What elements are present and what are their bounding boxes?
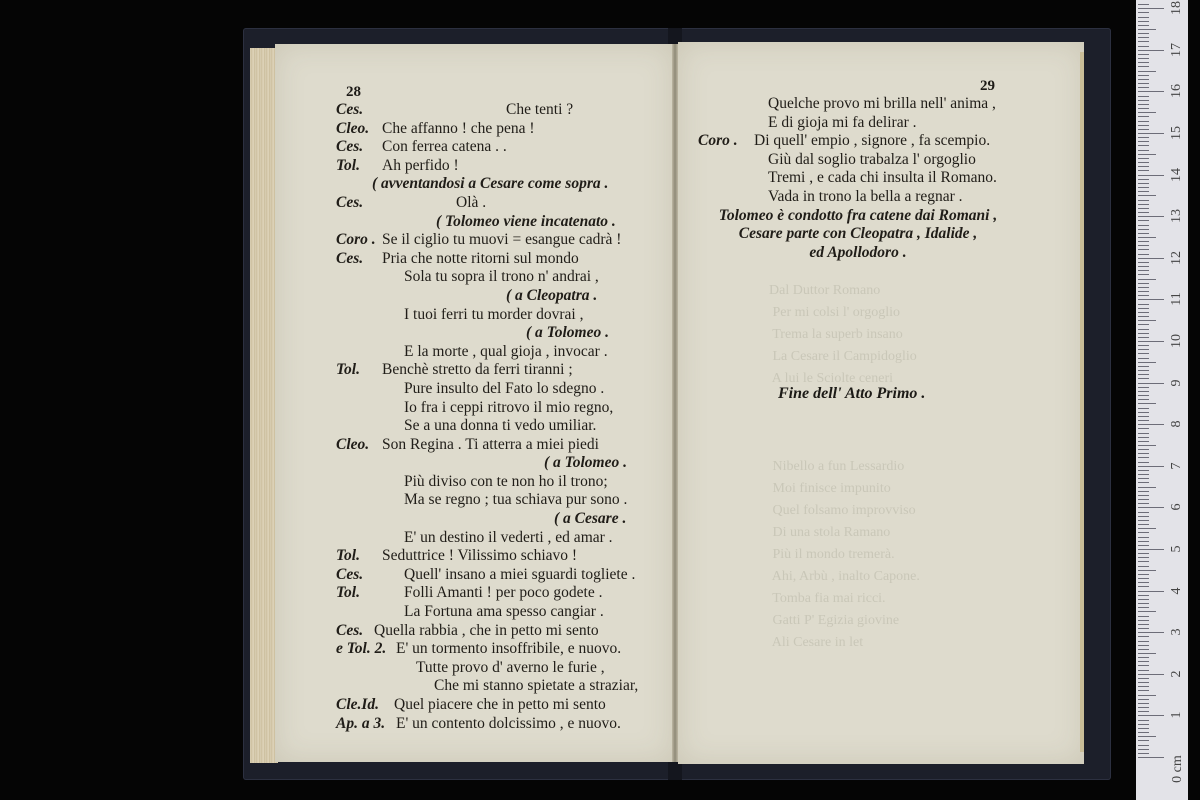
- stage-direction-line: Cesare parte con Cleopatra , Idalide ,: [698, 225, 1018, 244]
- ruler-tick: [1138, 582, 1149, 583]
- ruler-tick: [1138, 358, 1149, 359]
- ruler-tick: [1138, 724, 1149, 725]
- ruler-tick: [1138, 349, 1149, 350]
- speaker-label: Cleo.: [336, 436, 369, 455]
- speaker-label: Ces.: [336, 566, 363, 585]
- ruler-tick: [1138, 133, 1164, 134]
- verse-line: Ma se regno ; tua schiava pur sono .: [336, 491, 666, 510]
- ruler-tick: [1138, 462, 1149, 463]
- ruler-tick: [1138, 570, 1156, 571]
- stage-direction: ( Tolomeo viene incatenato .: [336, 213, 666, 232]
- verse-text: Son Regina . Ti atterra a miei piedi: [382, 436, 599, 455]
- ruler-label: 15: [1169, 122, 1185, 144]
- ruler-tick: [1138, 499, 1149, 500]
- ruler-tick: [1138, 233, 1149, 234]
- speaker-label: Tol.: [336, 584, 360, 603]
- verse-line: Io fra i ceppi ritrovo il mio regno,: [336, 399, 666, 418]
- verse-text: Quell' insano a miei sguardi togliete .: [404, 566, 635, 585]
- ruler-tick: [1138, 412, 1149, 413]
- ruler-tick: [1138, 665, 1149, 666]
- stage-direction-line: ed Apollodoro .: [698, 244, 1018, 263]
- ruler-tick: [1138, 507, 1164, 508]
- ruler-tick: [1138, 353, 1149, 354]
- verse-text: Che affanno ! che pena !: [382, 120, 535, 139]
- ruler-tick: [1138, 8, 1164, 9]
- ruler-tick: [1138, 262, 1149, 263]
- ruler-tick: [1138, 736, 1156, 737]
- ruler-tick: [1138, 657, 1149, 658]
- stage-direction-text: ( a Cleopatra .: [506, 287, 597, 306]
- ruler-tick: [1138, 175, 1164, 176]
- ruler-tick: [1138, 528, 1156, 529]
- stage-direction: ( a Cesare .: [336, 510, 666, 529]
- verse-text: Più diviso con te non ho il trono;: [404, 473, 608, 492]
- ruler-tick: [1138, 566, 1149, 567]
- verse-line: Vada in trono la bella a regnar .: [698, 188, 1028, 207]
- ruler-tick: [1138, 433, 1149, 434]
- ruler-tick: [1138, 25, 1149, 26]
- ruler-tick: [1138, 87, 1149, 88]
- ruler-tick: [1138, 649, 1149, 650]
- ruler-tick: [1138, 720, 1149, 721]
- ruler-tick: [1138, 283, 1149, 284]
- ruler-tick: [1138, 374, 1149, 375]
- ruler-tick: [1138, 524, 1149, 525]
- verse-text: Io fra i ceppi ritrovo il mio regno,: [404, 399, 613, 418]
- verse-text: Pure insulto del Fato lo sdegno .: [404, 380, 604, 399]
- ruler-tick: [1138, 304, 1149, 305]
- ruler-tick: [1138, 145, 1149, 146]
- ruler-tick: [1138, 416, 1149, 417]
- ruler-tick: [1138, 595, 1149, 596]
- ruler-tick: [1138, 121, 1149, 122]
- verse-text: Se il ciglio tu muovi = esangue cadrà !: [382, 231, 621, 250]
- right-page-text: Quelche provo mi brilla nell' anima , E …: [698, 95, 1028, 262]
- verse-text: Tremi , e cada chi insulta il Romano.: [768, 169, 997, 188]
- ruler-tick: [1138, 129, 1149, 130]
- ruler-tick: [1138, 279, 1156, 280]
- ruler-tick: [1138, 424, 1164, 425]
- verse-line: Tol.Benchè stretto da ferri tiranni ;: [336, 361, 666, 380]
- verse-line: La Fortuna ama spesso cangiar .: [336, 603, 666, 622]
- ruler-tick: [1138, 137, 1149, 138]
- verse-text: Ah perfido !: [382, 157, 459, 176]
- page-number-right: 29: [980, 78, 995, 95]
- verse-line: Cleo.Che affanno ! che pena !: [336, 120, 666, 139]
- ruler-label: 18: [1169, 0, 1185, 19]
- verse-text: Di quell' empio , signore , fa scempio.: [754, 132, 990, 151]
- verse-line: I tuoi ferri tu morder dovrai ,: [336, 306, 666, 325]
- ruler-tick: [1138, 520, 1149, 521]
- verse-line: Ces.Quell' insano a miei sguardi togliet…: [336, 566, 666, 585]
- verse-line: Quelche provo mi brilla nell' anima ,: [698, 95, 1028, 114]
- ruler-tick: [1138, 678, 1149, 679]
- verse-line: Se a una donna ti vedo umiliar.: [336, 417, 666, 436]
- ruler-tick: [1138, 611, 1156, 612]
- page-number-left: 28: [346, 84, 361, 101]
- ruler-tick: [1138, 154, 1156, 155]
- stage-direction-text: ( avventandosi a Cesare come sopra .: [372, 175, 608, 194]
- verse-line: Ap. a 3.E' un contento dolcissimo , e nu…: [336, 715, 666, 734]
- ruler-tick: [1138, 216, 1164, 217]
- verse-line: Pure insulto del Fato lo sdegno .: [336, 380, 666, 399]
- verse-line: Ces.Quella rabbia , che in petto mi sent…: [336, 622, 666, 641]
- ruler-tick: [1138, 537, 1149, 538]
- speaker-label: Ap. a 3.: [336, 715, 385, 734]
- stage-direction-text: ( a Tolomeo .: [526, 324, 609, 343]
- verse-text: Quella rabbia , che in petto mi sento: [374, 622, 599, 641]
- ruler-tick: [1138, 715, 1164, 716]
- ruler-tick: [1138, 599, 1149, 600]
- ruler-label: 6: [1169, 496, 1185, 518]
- ruler-tick: [1138, 512, 1149, 513]
- verse-line: E di gioja mi fa delirar .: [698, 114, 1028, 133]
- ruler-tick: [1138, 200, 1149, 201]
- ruler-tick: [1138, 141, 1149, 142]
- ruler-tick: [1138, 408, 1149, 409]
- ruler-tick: [1138, 387, 1149, 388]
- ruler-tick: [1138, 616, 1149, 617]
- ruler-tick: [1138, 29, 1156, 30]
- ruler-tick: [1138, 557, 1149, 558]
- ruler-tick: [1138, 329, 1149, 330]
- ruler-tick: [1138, 54, 1149, 55]
- ruler-tick: [1138, 158, 1149, 159]
- ruler-tick: [1138, 607, 1149, 608]
- ruler-tick: [1138, 12, 1149, 13]
- ruler-tick: [1138, 162, 1149, 163]
- verse-line: E' un destino il vederti , ed amar .: [336, 529, 666, 548]
- ruler-tick: [1138, 674, 1164, 675]
- ruler-label: 7: [1169, 455, 1185, 477]
- ruler-tick: [1138, 703, 1149, 704]
- ruler-tick: [1138, 245, 1149, 246]
- ruler-tick: [1138, 370, 1149, 371]
- ruler-label: 5: [1169, 538, 1185, 560]
- left-page-text: Ces.Che tenti ? Cleo.Che affanno ! che p…: [336, 101, 666, 733]
- ruler-tick: [1138, 682, 1149, 683]
- verse-text: Olà .: [456, 194, 486, 213]
- ruler-tick: [1138, 428, 1149, 429]
- ruler-tick: [1138, 212, 1149, 213]
- ruler-tick: [1138, 620, 1149, 621]
- ruler-label: 1: [1169, 704, 1185, 726]
- ruler-tick: [1138, 699, 1149, 700]
- ruler-tick: [1138, 91, 1164, 92]
- speaker-label: Tol.: [336, 361, 360, 380]
- stage-direction-text: ( a Tolomeo .: [544, 454, 627, 473]
- speaker-label: Ces.: [336, 194, 363, 213]
- ruler-tick: [1138, 603, 1149, 604]
- ruler-tick: [1138, 503, 1149, 504]
- stage-direction: ( avventandosi a Cesare come sopra .: [336, 175, 666, 194]
- ruler-label: 0 cm: [1170, 749, 1186, 789]
- verse-line: Tol.Ah perfido !: [336, 157, 666, 176]
- ruler-tick: [1138, 50, 1164, 51]
- ruler-tick: [1138, 732, 1149, 733]
- ruler-tick: [1138, 266, 1149, 267]
- speaker-label: Tol.: [336, 547, 360, 566]
- verse-text: La Fortuna ama spesso cangiar .: [404, 603, 604, 622]
- ruler-tick: [1138, 170, 1149, 171]
- measurement-ruler: 0 cm123456789101112131415161718: [1136, 0, 1188, 800]
- ruler-tick: [1138, 383, 1164, 384]
- verse-line: Tol.Seduttrice ! Vilissimo schiavo !: [336, 547, 666, 566]
- ruler-tick: [1138, 237, 1156, 238]
- ruler-tick: [1138, 287, 1149, 288]
- ruler-tick: [1138, 166, 1149, 167]
- verse-text: Che tenti ?: [506, 101, 573, 120]
- speaker-label: Coro .: [336, 231, 376, 250]
- ruler-tick: [1138, 728, 1149, 729]
- ruler-tick: [1138, 578, 1149, 579]
- ruler-tick: [1138, 324, 1149, 325]
- end-of-act-heading: Fine dell' Atto Primo .: [778, 385, 925, 403]
- ruler-tick: [1138, 636, 1149, 637]
- ruler-tick: [1138, 749, 1149, 750]
- ruler-tick: [1138, 362, 1156, 363]
- ruler-tick: [1138, 270, 1149, 271]
- stage-direction-line: Tolomeo è condotto fra catene dai Romani…: [698, 207, 1018, 226]
- verse-line: Sola tu sopra il trono n' andrai ,: [336, 268, 666, 287]
- ruler-tick: [1138, 591, 1164, 592]
- ruler-tick: [1138, 441, 1149, 442]
- ruler-label: 9: [1169, 372, 1185, 394]
- verse-line: Tol.Folli Amanti ! per poco godete .: [336, 584, 666, 603]
- verse-text: Che mi stanno spietate a straziar,: [434, 677, 638, 696]
- ruler-tick: [1138, 312, 1149, 313]
- ruler-tick: [1138, 661, 1149, 662]
- ruler-tick: [1138, 545, 1149, 546]
- stage-direction: ( a Tolomeo .: [336, 324, 666, 343]
- ruler-tick: [1138, 249, 1149, 250]
- ruler-label: 3: [1169, 621, 1185, 643]
- verse-text: E' un destino il vederti , ed amar .: [404, 529, 613, 548]
- verse-text: Sola tu sopra il trono n' andrai ,: [404, 268, 599, 287]
- ruler-tick: [1138, 695, 1156, 696]
- ruler-tick: [1138, 341, 1164, 342]
- ruler-tick: [1138, 254, 1149, 255]
- stage-direction: ( a Cleopatra .: [336, 287, 666, 306]
- ruler-tick: [1138, 670, 1149, 671]
- ruler-tick: [1138, 641, 1149, 642]
- ruler-label: 8: [1169, 413, 1185, 435]
- stage-direction: ( a Tolomeo .: [336, 454, 666, 473]
- verse-line: Ces.Con ferrea catena . .: [336, 138, 666, 157]
- stage-direction-text: ( a Cesare .: [554, 510, 626, 529]
- ruler-tick: [1138, 274, 1149, 275]
- speaker-label: Tol.: [336, 157, 360, 176]
- ruler-label: 12: [1169, 247, 1185, 269]
- ruler-tick: [1138, 299, 1164, 300]
- ruler-tick: [1138, 690, 1149, 691]
- ruler-tick: [1138, 757, 1164, 758]
- ruler-label: 14: [1169, 164, 1185, 186]
- ruler-tick: [1138, 62, 1149, 63]
- ruler-tick: [1138, 378, 1149, 379]
- ruler-tick: [1138, 474, 1149, 475]
- ruler-tick: [1138, 403, 1156, 404]
- ruler-tick: [1138, 229, 1149, 230]
- ruler-tick: [1138, 745, 1149, 746]
- verse-line: Che mi stanno spietate a straziar,: [336, 677, 666, 696]
- ruler-label: 16: [1169, 80, 1185, 102]
- ruler-tick: [1138, 532, 1149, 533]
- ruler-tick: [1138, 437, 1149, 438]
- verse-text: Giù dal soglio trabalza l' orgoglio: [768, 151, 976, 170]
- ruler-tick: [1138, 645, 1149, 646]
- verse-text: Folli Amanti ! per poco godete .: [404, 584, 602, 603]
- ruler-tick: [1138, 183, 1149, 184]
- ruler-label: 10: [1169, 330, 1185, 352]
- ruler-tick: [1138, 395, 1149, 396]
- verse-text: Con ferrea catena . .: [382, 138, 507, 157]
- ruler-tick: [1138, 707, 1149, 708]
- ruler-tick: [1138, 420, 1149, 421]
- ruler-tick: [1138, 495, 1149, 496]
- speaker-label: Ces.: [336, 138, 363, 157]
- ruler-tick: [1138, 320, 1156, 321]
- ruler-tick: [1138, 112, 1156, 113]
- ruler-tick: [1138, 541, 1149, 542]
- ruler-tick: [1138, 58, 1149, 59]
- ruler-tick: [1138, 79, 1149, 80]
- ruler-tick: [1138, 220, 1149, 221]
- ruler-label: 2: [1169, 663, 1185, 685]
- verse-line: Ces.Che tenti ?: [336, 101, 666, 120]
- ruler-tick: [1138, 4, 1149, 5]
- ruler-tick: [1138, 711, 1149, 712]
- ruler-tick: [1138, 258, 1164, 259]
- ruler-label: 11: [1169, 288, 1185, 310]
- ruler-tick: [1138, 75, 1149, 76]
- verse-line: Giù dal soglio trabalza l' orgoglio: [698, 151, 1028, 170]
- ruler-tick: [1138, 125, 1149, 126]
- verse-line: E la morte , qual gioja , invocar .: [336, 343, 666, 362]
- ruler-tick: [1138, 333, 1149, 334]
- verse-line: Tutte provo d' averno le furie ,: [336, 659, 666, 678]
- speaker-label: Ces.: [336, 622, 363, 641]
- ruler-tick: [1138, 150, 1149, 151]
- ruler-tick: [1138, 46, 1149, 47]
- verse-text: Benchè stretto da ferri tiranni ;: [382, 361, 573, 380]
- ruler-tick: [1138, 740, 1149, 741]
- verse-text: Quelche provo mi brilla nell' anima ,: [768, 95, 996, 114]
- ruler-tick: [1138, 391, 1149, 392]
- verse-line: e Tol. 2.E' un tormento insoffribile, e …: [336, 640, 666, 659]
- ruler-tick: [1138, 553, 1149, 554]
- ruler-tick: [1138, 195, 1156, 196]
- ruler-tick: [1138, 191, 1149, 192]
- verse-text: Se a una donna ti vedo umiliar.: [404, 417, 596, 436]
- speaker-label: e Tol. 2.: [336, 640, 386, 659]
- verse-line: Cleo.Son Regina . Ti atterra a miei pied…: [336, 436, 666, 455]
- ruler-tick: [1138, 516, 1149, 517]
- ruler-tick: [1138, 686, 1149, 687]
- verse-text: E la morte , qual gioja , invocar .: [404, 343, 608, 362]
- ruler-tick: [1138, 295, 1149, 296]
- ruler-tick: [1138, 457, 1149, 458]
- ruler-tick: [1138, 187, 1149, 188]
- ruler-tick: [1138, 453, 1149, 454]
- ruler-tick: [1138, 491, 1149, 492]
- ruler-tick: [1138, 41, 1149, 42]
- verse-line: Cle.Id.Quel piacere che in petto mi sent…: [336, 696, 666, 715]
- verse-text: Vada in trono la bella a regnar .: [768, 188, 963, 207]
- verse-text: Tutte provo d' averno le furie ,: [416, 659, 605, 678]
- ruler-tick: [1138, 308, 1149, 309]
- ruler-tick: [1138, 96, 1149, 97]
- page-edges: [250, 48, 278, 763]
- verse-line: Coro .Se il ciglio tu muovi = esangue ca…: [336, 231, 666, 250]
- ruler-tick: [1138, 83, 1149, 84]
- ruler-tick: [1138, 204, 1149, 205]
- verse-text: Ma se regno ; tua schiava pur sono .: [404, 491, 627, 510]
- ruler-tick: [1138, 316, 1149, 317]
- ruler-tick: [1138, 108, 1149, 109]
- ruler-tick: [1138, 225, 1149, 226]
- ruler-tick: [1138, 586, 1149, 587]
- ruler-label: 17: [1169, 39, 1185, 61]
- speaker-label: Ces.: [336, 250, 363, 269]
- ruler-tick: [1138, 624, 1149, 625]
- verse-text: E' un tormento insoffribile, e nuovo.: [396, 640, 621, 659]
- ruler-tick: [1138, 753, 1149, 754]
- verse-line: Più diviso con te non ho il trono;: [336, 473, 666, 492]
- ruler-tick: [1138, 653, 1156, 654]
- verse-text: Pria che notte ritorni sul mondo: [382, 250, 579, 269]
- ruler-tick: [1138, 487, 1156, 488]
- verse-text: I tuoi ferri tu morder dovrai ,: [404, 306, 583, 325]
- verse-line: Tremi , e cada chi insulta il Romano.: [698, 169, 1028, 188]
- ruler-label: 13: [1169, 205, 1185, 227]
- ruler-tick: [1138, 104, 1149, 105]
- verse-text: E' un contento dolcissimo , e nuovo.: [396, 715, 621, 734]
- speaker-label: Cle.Id.: [336, 696, 379, 715]
- verse-line: Ces.Olà .: [336, 194, 666, 213]
- show-through-text: Dal Duttor Romano Per mi colsi l' orgogl…: [762, 280, 920, 654]
- ruler-tick: [1138, 366, 1149, 367]
- speaker-label: Cleo.: [336, 120, 369, 139]
- ruler-tick: [1138, 345, 1149, 346]
- ruler-tick: [1138, 66, 1149, 67]
- ruler-tick: [1138, 628, 1149, 629]
- ruler-tick: [1138, 482, 1149, 483]
- ruler-tick: [1138, 632, 1164, 633]
- ruler-tick: [1138, 470, 1149, 471]
- speaker-label: Ces.: [336, 101, 363, 120]
- verse-text: Quel piacere che in petto mi sento: [394, 696, 606, 715]
- ruler-tick: [1138, 574, 1149, 575]
- ruler-tick: [1138, 241, 1149, 242]
- ruler-tick: [1138, 116, 1149, 117]
- ruler-label: 4: [1169, 580, 1185, 602]
- ruler-tick: [1138, 549, 1164, 550]
- verse-text: Seduttrice ! Vilissimo schiavo !: [382, 547, 577, 566]
- verse-line: Coro .Di quell' empio , signore , fa sce…: [698, 132, 1028, 151]
- ruler-tick: [1138, 478, 1149, 479]
- ruler-tick: [1138, 291, 1149, 292]
- ruler-tick: [1138, 208, 1149, 209]
- ruler-tick: [1138, 33, 1149, 34]
- ruler-tick: [1138, 179, 1149, 180]
- ruler-tick: [1138, 445, 1156, 446]
- ruler-tick: [1138, 71, 1156, 72]
- ruler-tick: [1138, 561, 1149, 562]
- speaker-label: Coro .: [698, 132, 738, 151]
- ruler-tick: [1138, 37, 1149, 38]
- verse-text: E di gioja mi fa delirar .: [768, 114, 917, 133]
